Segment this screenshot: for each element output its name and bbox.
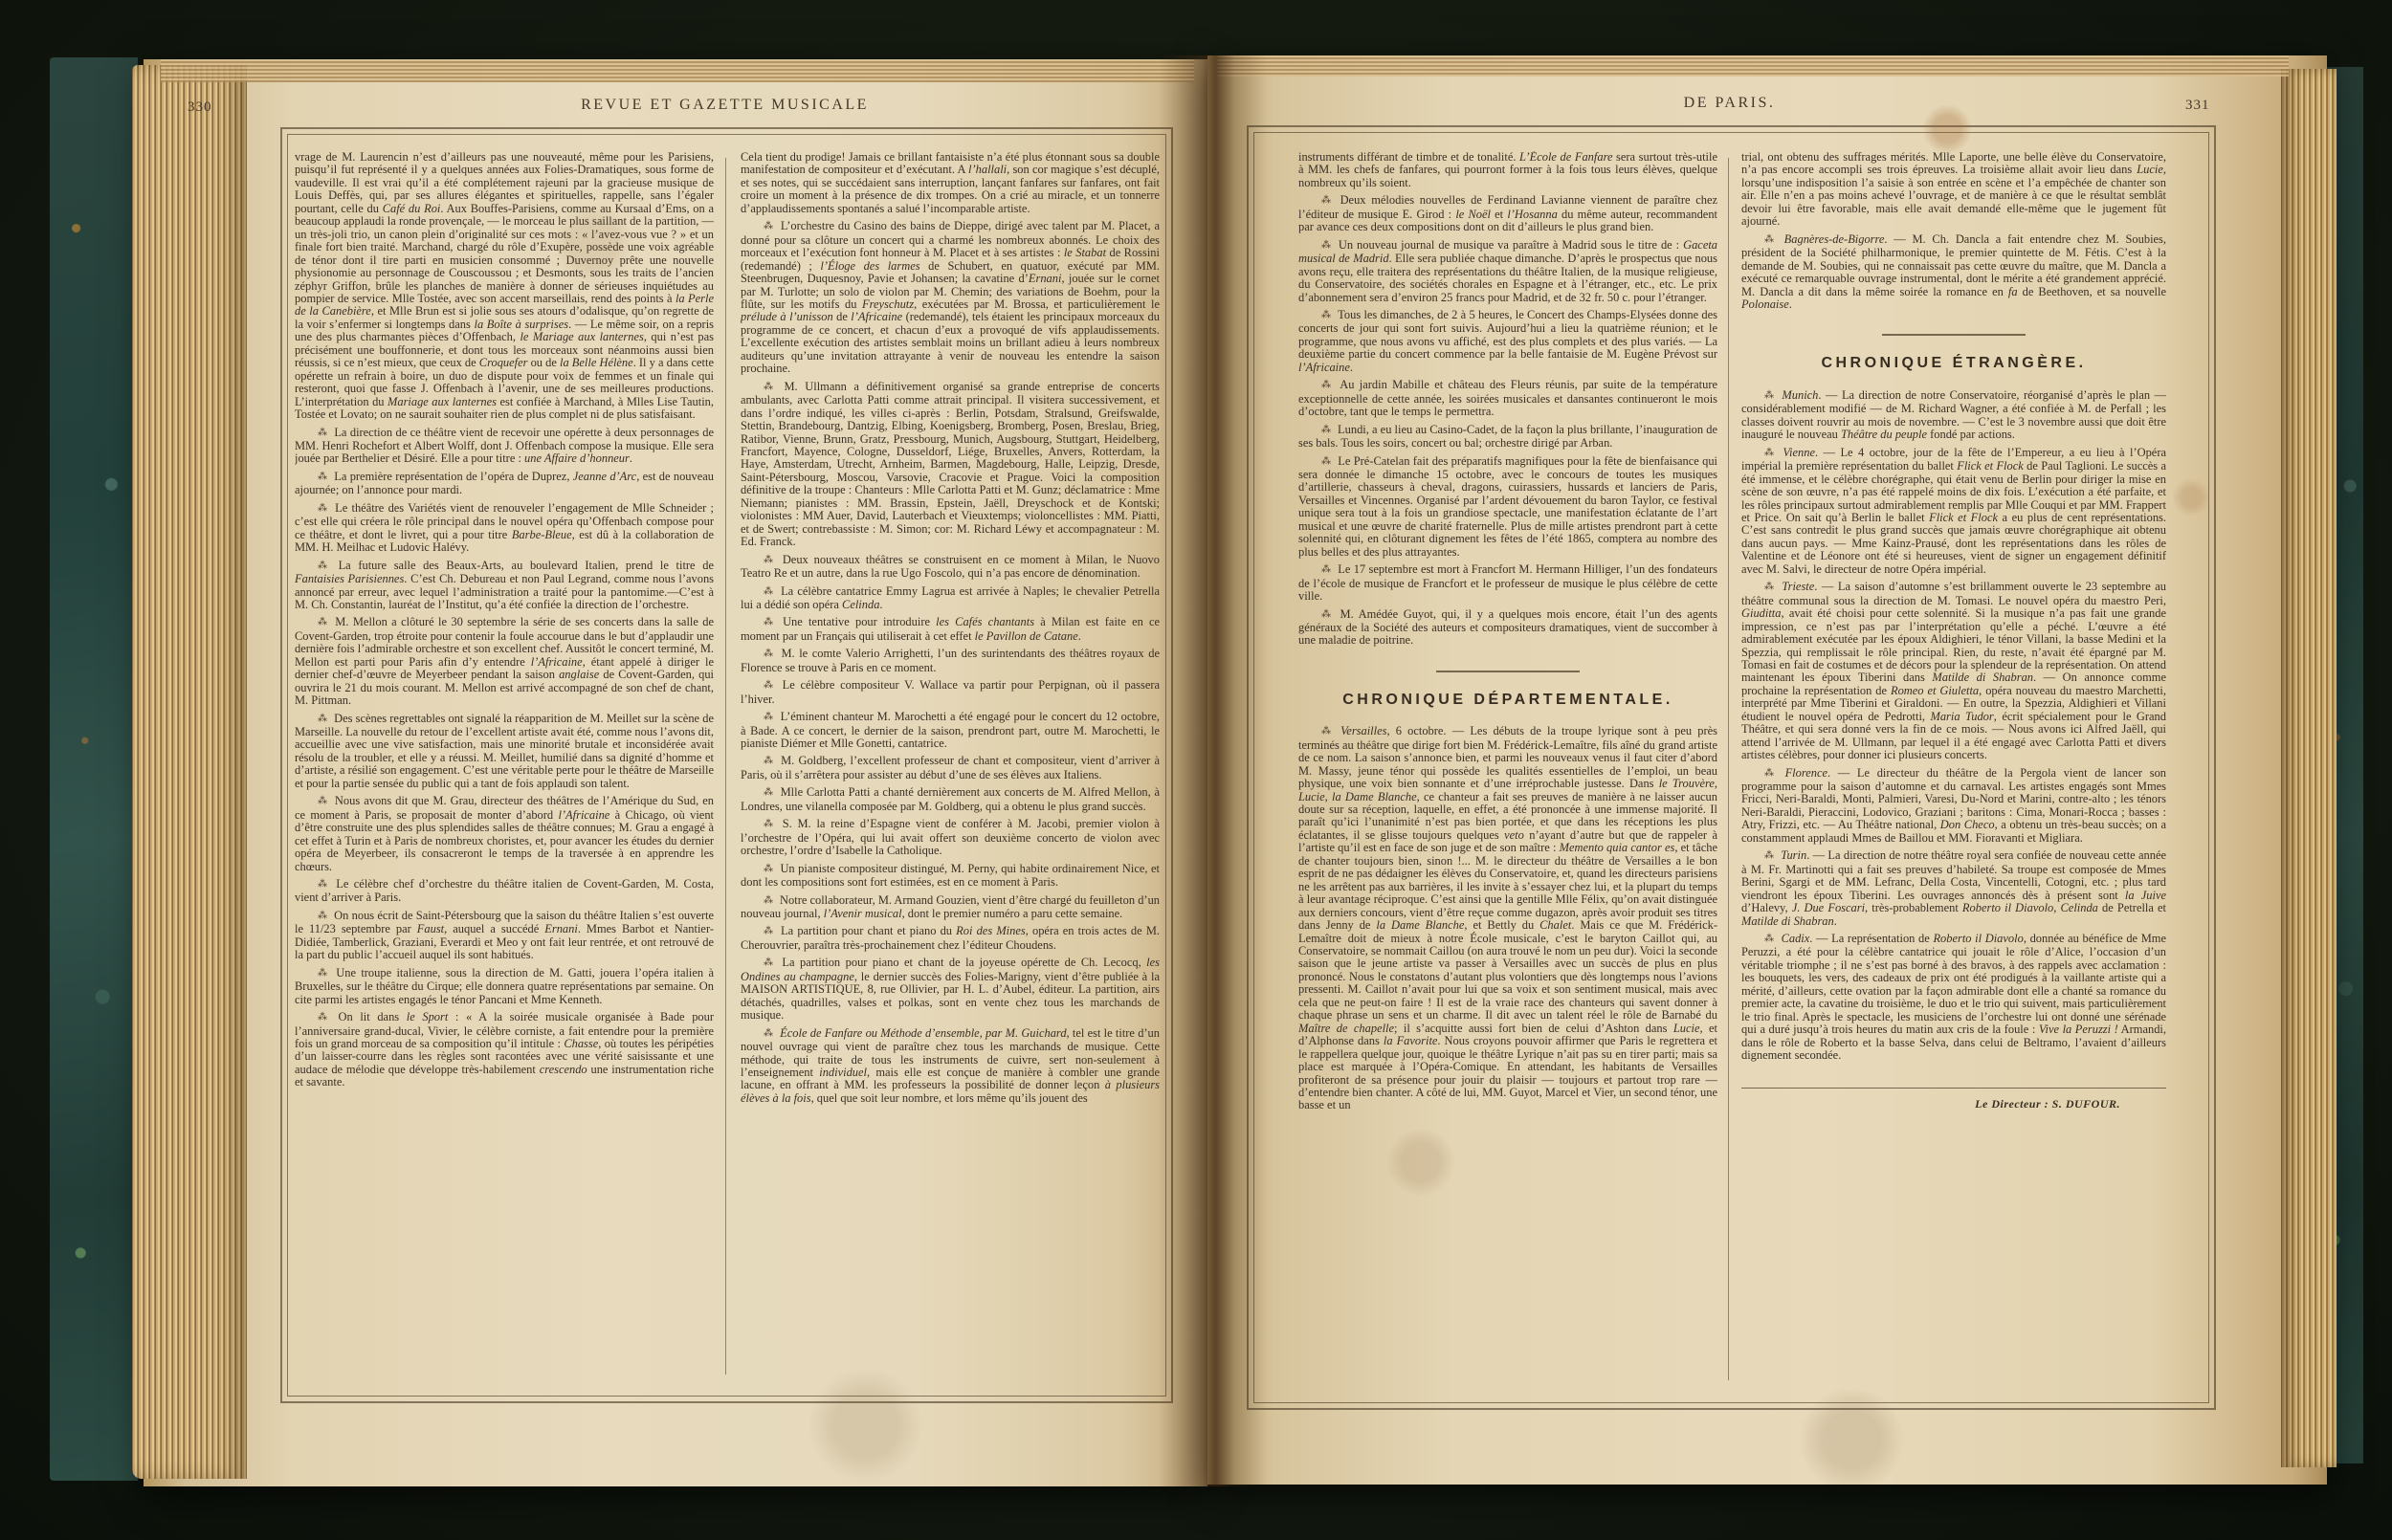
left-page-column-1: vrage de M. Laurencin n’est d’ailleurs p… xyxy=(295,151,714,1377)
left-page-column-2: Cela tient du prodige! Jamais ce brillan… xyxy=(741,151,1160,1377)
paragraph: L’éminent chanteur M. Marochetti a été e… xyxy=(741,711,1160,750)
paragraph: Cela tient du prodige! Jamais ce brillan… xyxy=(741,151,1160,215)
paragraph: Nous avons dit que M. Grau, directeur de… xyxy=(295,795,714,873)
column-rule-right-page xyxy=(1728,158,1729,1380)
paragraph: Cadix. — La représentation de Roberto il… xyxy=(1741,933,2166,1063)
paragraph: La première représentation de l’opéra de… xyxy=(295,471,714,497)
section-separator-rule xyxy=(1882,334,2026,336)
paragraph: Un nouveau journal de musique va paraîtr… xyxy=(1298,239,1717,304)
paragraph: Vienne. — Le 4 octobre, jour de la fête … xyxy=(1741,447,2166,577)
paragraph: Deux mélodies nouvelles de Ferdinand Lav… xyxy=(1298,194,1717,233)
page-edge-stack-top-left xyxy=(161,59,1194,82)
paragraph: On lit dans le Sport : « A la soirée mus… xyxy=(295,1011,714,1089)
paragraph: M. Mellon a clôturé le 30 septembre la s… xyxy=(295,616,714,707)
right-page-column-1: instruments différant de timbre et de to… xyxy=(1298,151,1717,1377)
paragraph: Le 17 septembre est mort à Francfort M. … xyxy=(1298,563,1717,603)
paragraph: M. Goldberg, l’excellent professeur de c… xyxy=(741,755,1160,781)
paragraph: Le célèbre chef d’orchestre du théâtre i… xyxy=(295,878,714,905)
running-title-left: REVUE ET GAZETTE MUSICALE xyxy=(280,97,1169,114)
paragraph: Une troupe italienne, sous la direction … xyxy=(295,967,714,1006)
paragraph: Trieste. — La saison d’automne s’est bri… xyxy=(1741,581,2166,761)
paragraph: S. M. la reine d’Espagne vient de confér… xyxy=(741,818,1160,857)
end-of-issue-rule xyxy=(1741,1088,2166,1089)
paragraph: Bagnères-de-Bigorre. — M. Ch. Dancla a f… xyxy=(1741,233,2166,312)
director-signature: Le Directeur : S. DUFOUR. xyxy=(1741,1098,2166,1111)
paragraph: Tous les dimanches, de 2 à 5 heures, le … xyxy=(1298,309,1717,374)
paragraph: Turin. — La direction de notre théâtre r… xyxy=(1741,849,2166,928)
paragraph: La direction de ce théâtre vient de rece… xyxy=(295,427,714,466)
paragraph: La future salle des Beaux-Arts, au boule… xyxy=(295,560,714,612)
paragraph: Lundi, a eu lieu au Casino-Cadet, de la … xyxy=(1298,424,1717,451)
section-separator-rule xyxy=(1436,671,1580,672)
running-title-right: DE PARIS. xyxy=(1247,95,2212,112)
section-heading: CHRONIQUE DÉPARTEMENTALE. xyxy=(1298,693,1717,706)
paragraph: instruments différant de timbre et de to… xyxy=(1298,151,1717,189)
paragraph: Deux nouveaux théâtres se construisent e… xyxy=(741,554,1160,581)
paragraph: Le célèbre compositeur V. Wallace va par… xyxy=(741,679,1160,706)
right-page-column-2: trial, ont obtenu des suffrages mérités.… xyxy=(1741,151,2166,1377)
paragraph: La partition pour chant et piano du Roi … xyxy=(741,925,1160,952)
paragraph: Versailles, 6 octobre. — Les débuts de l… xyxy=(1298,725,1717,1112)
paragraph: On nous écrit de Saint-Pétersbourg que l… xyxy=(295,910,714,962)
paragraph: M. Amédée Guyot, qui, il y a quelques mo… xyxy=(1298,608,1717,648)
paragraph: trial, ont obtenu des suffrages mérités.… xyxy=(1741,151,2166,229)
page-number-left: 330 xyxy=(188,99,212,116)
paragraph: vrage de M. Laurencin n’est d’ailleurs p… xyxy=(295,151,714,422)
paragraph: Notre collaborateur, M. Armand Gouzien, … xyxy=(741,894,1160,921)
page-number-right: 331 xyxy=(2185,98,2210,114)
paragraph: Le Pré-Catelan fait des préparatifs magn… xyxy=(1298,455,1717,560)
page-edge-stack-left xyxy=(132,65,247,1479)
paragraph: La partition pour piano et chant de la j… xyxy=(741,957,1160,1022)
marbled-cover-left xyxy=(50,57,138,1481)
paragraph: La célèbre cantatrice Emmy Lagrua est ar… xyxy=(741,585,1160,612)
paragraph: Florence. — Le directeur du théâtre de l… xyxy=(1741,767,2166,846)
paragraph: Un pianiste compositeur distingué, M. Pe… xyxy=(741,863,1160,890)
section-heading: CHRONIQUE ÉTRANGÈRE. xyxy=(1741,357,2166,369)
paragraph: Le théâtre des Variétés vient de renouve… xyxy=(295,502,714,555)
paragraph: Munich. — La direction de notre Conserva… xyxy=(1741,389,2166,442)
paragraph: Une tentative pour introduire les Cafés … xyxy=(741,616,1160,643)
paragraph: M. Ullmann a définitivement organisé sa … xyxy=(741,381,1160,549)
book-scan: 330 REVUE ET GAZETTE MUSICALE DE PARIS. … xyxy=(0,0,2392,1540)
paragraph: Des scènes regrettables ont signalé la r… xyxy=(295,713,714,791)
paragraph: M. le comte Valerio Arrighetti, l’un des… xyxy=(741,648,1160,674)
paragraph: L’orchestre du Casino des bains de Diepp… xyxy=(741,220,1160,375)
paragraph: Mlle Carlotta Patti a chanté dernièremen… xyxy=(741,786,1160,813)
column-rule-left-page xyxy=(725,158,726,1375)
page-edge-stack-top-right xyxy=(1217,55,2289,77)
paragraph: Au jardin Mabille et château des Fleurs … xyxy=(1298,379,1717,418)
page-edge-stack-right xyxy=(2281,69,2337,1467)
paragraph: École de Fanfare ou Méthode d’ensemble, … xyxy=(741,1027,1160,1106)
